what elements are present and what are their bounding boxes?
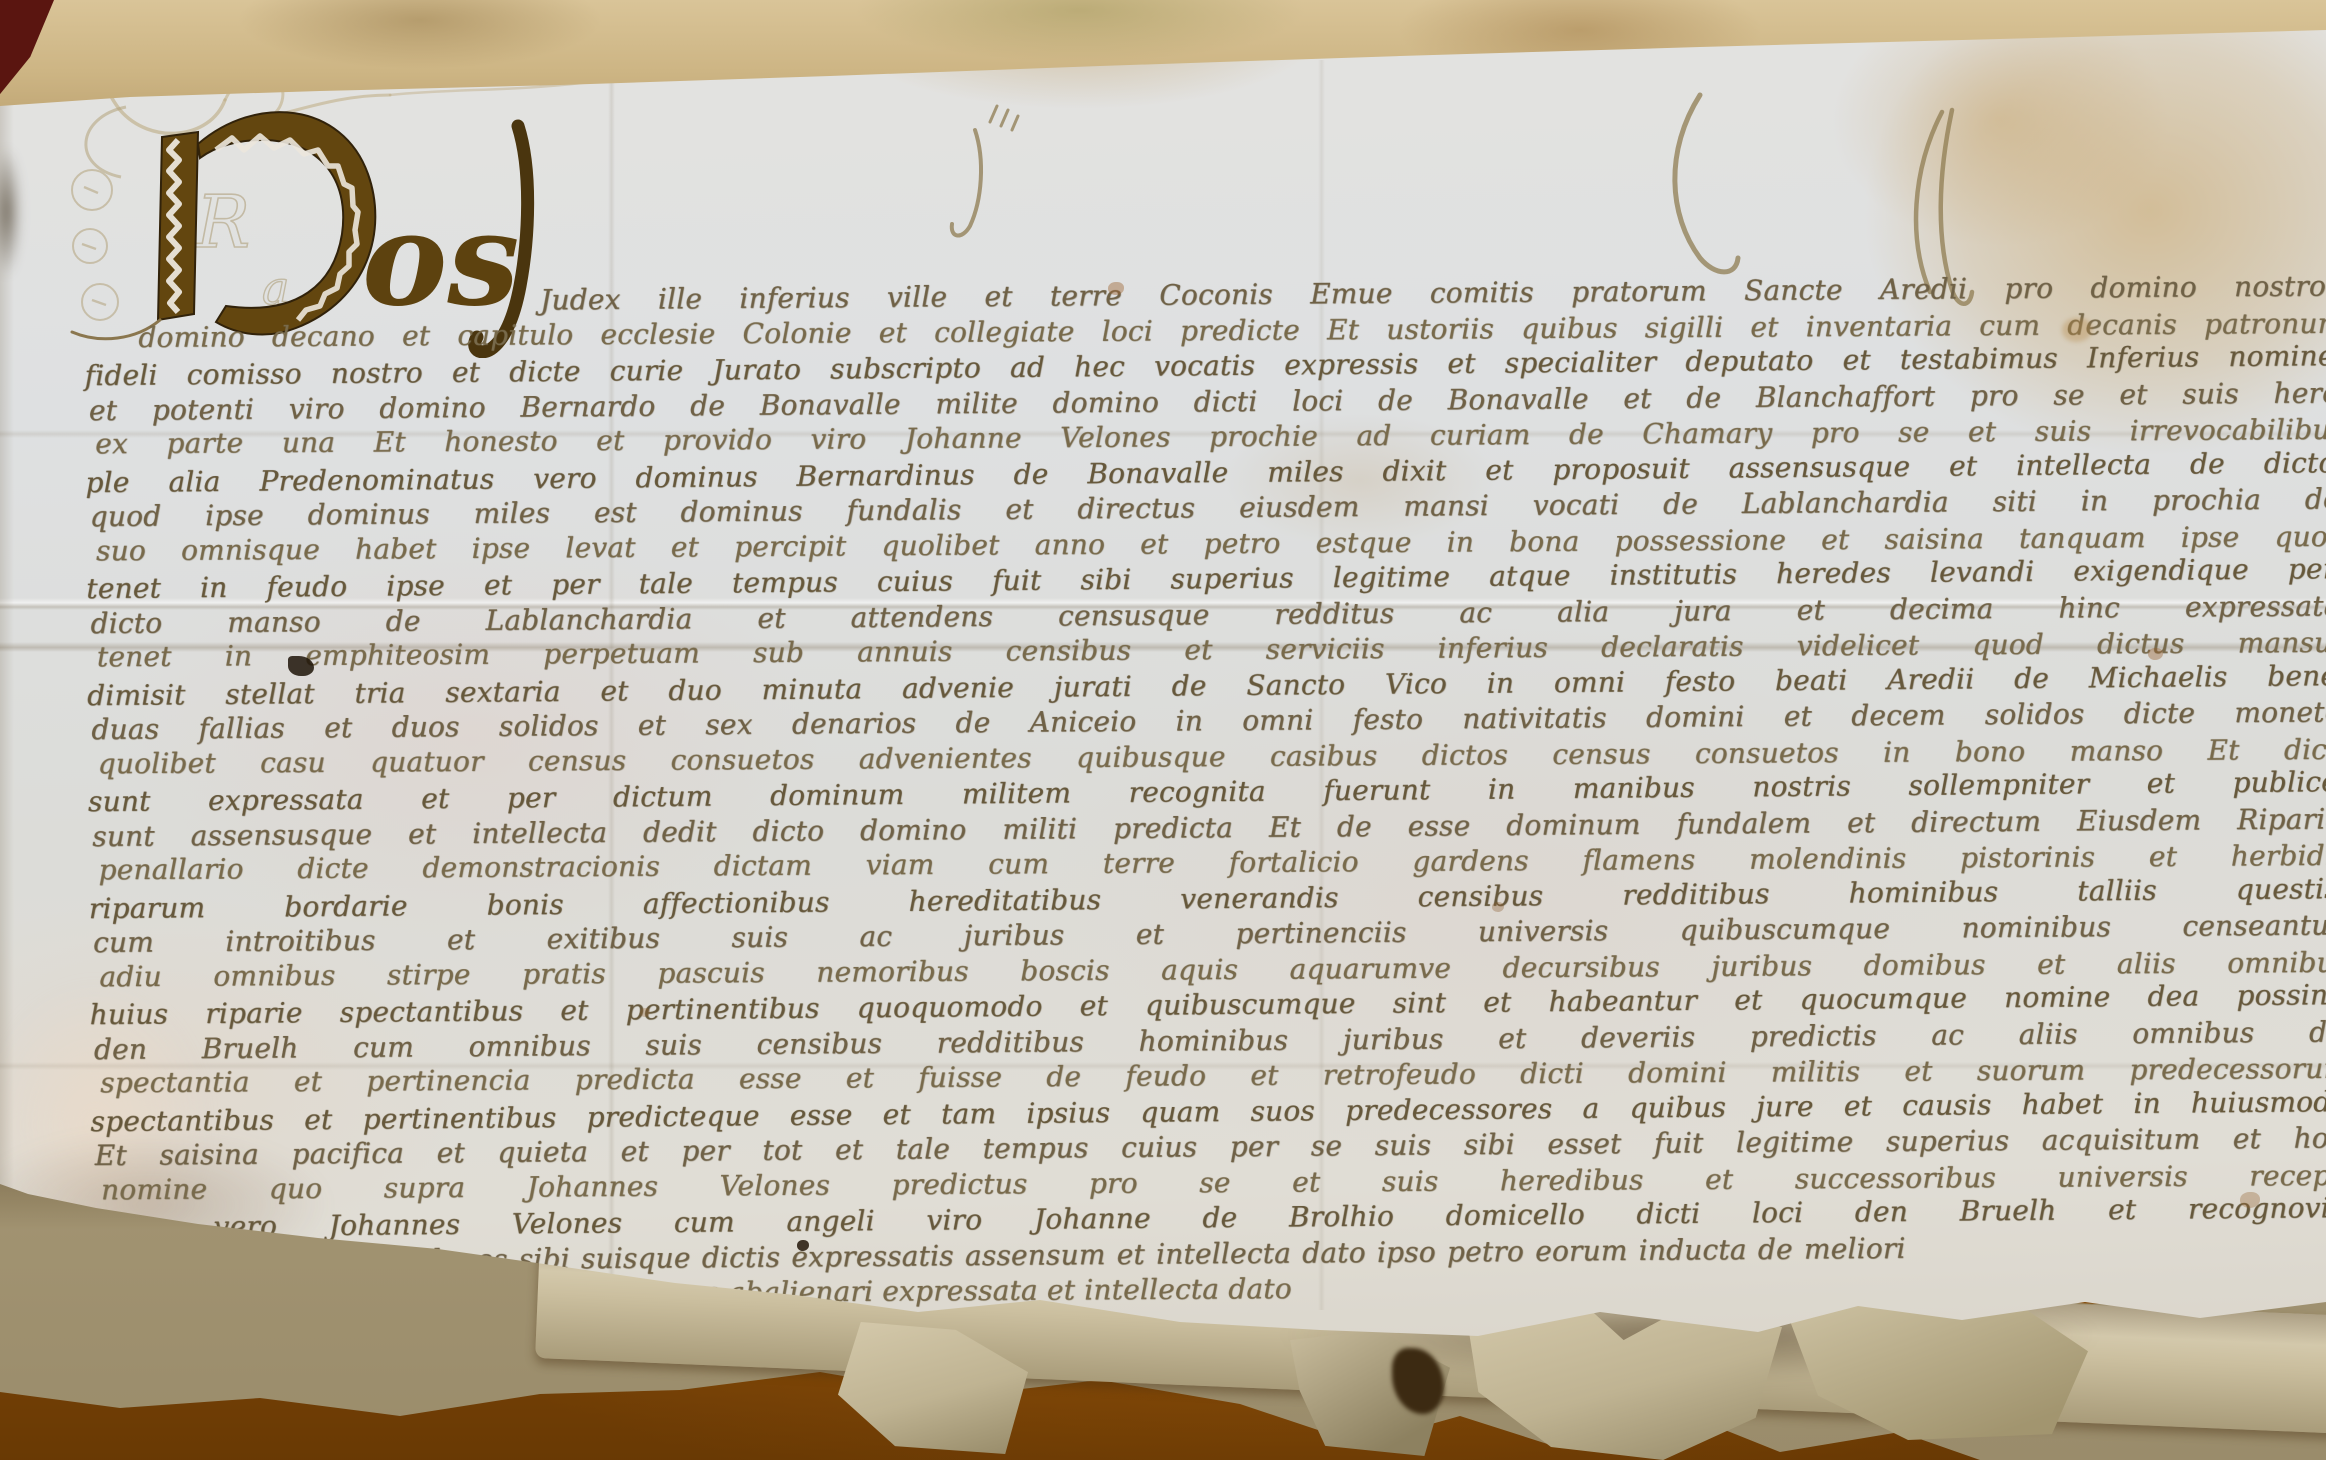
svg-text:R: R bbox=[194, 180, 250, 264]
manuscript-text-block: Judex ille inferius ville et terre Cocon… bbox=[88, 268, 2326, 1315]
manuscript-photograph: R a os Judex ille inferius ville et terr… bbox=[0, 0, 2326, 1460]
edge-smudge bbox=[0, 146, 22, 278]
